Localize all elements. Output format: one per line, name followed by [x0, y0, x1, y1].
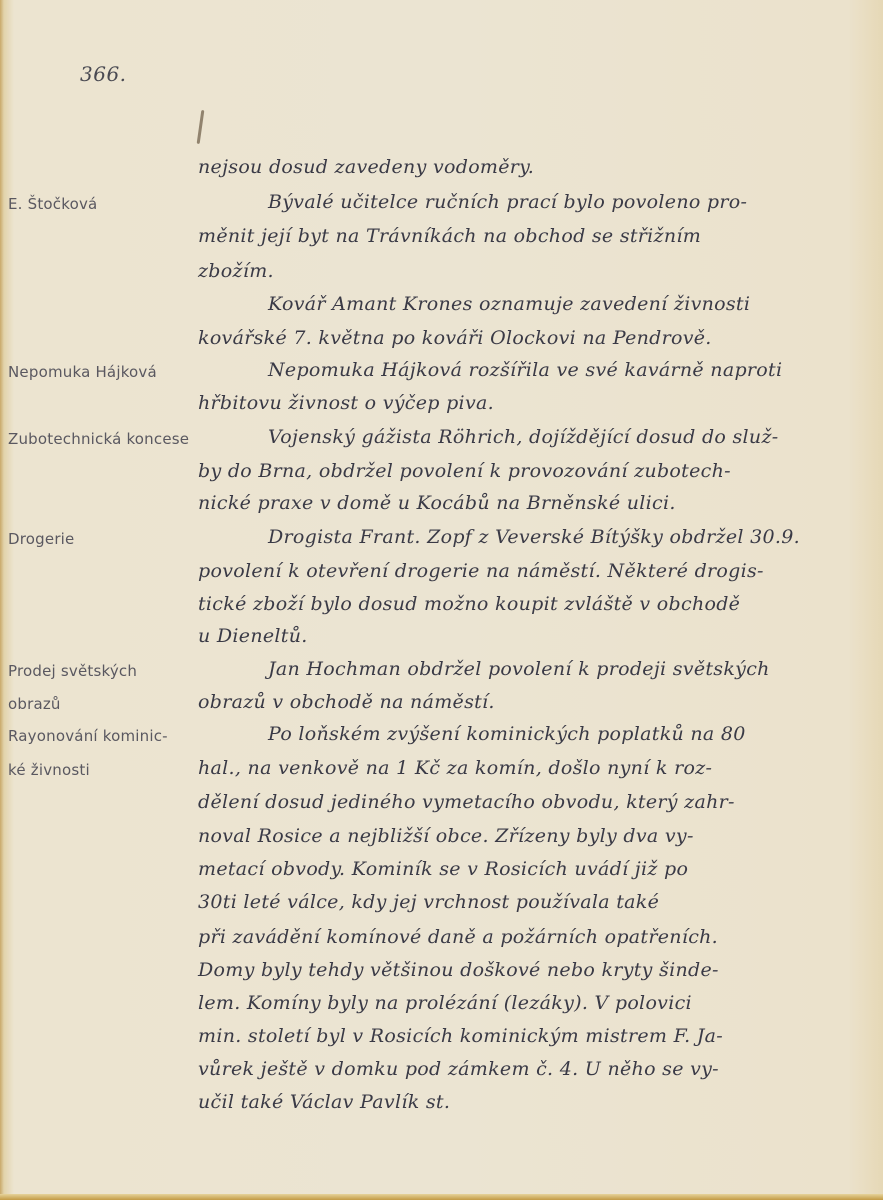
body-text: noval Rosice a nejbližší obce. Zřízeny b…	[198, 825, 694, 847]
body-text: min. století byl v Rosicích kominickým m…	[198, 1025, 723, 1047]
margin-note: Zubotechnická koncese	[8, 430, 189, 448]
body-text: 30ti leté válce, kdy jej vrchnost použív…	[198, 891, 659, 913]
handwritten-chronicle-page: 366. nejsou dosud zavedeny vodoměry.E. Š…	[0, 0, 883, 1200]
text-line: měnit její byt na Trávníkách na obchod s…	[0, 229, 883, 269]
body-text: nejsou dosud zavedeny vodoměry.	[198, 156, 534, 178]
body-text: Kovář Amant Krones oznamuje zavedení živ…	[268, 293, 750, 315]
body-text: hřbitovu živnost o výčep piva.	[198, 392, 494, 414]
margin-note: E. Štočková	[8, 195, 97, 213]
body-text: kovářské 7. května po kováři Olockovi na…	[198, 327, 712, 349]
body-text: lem. Komíny byly na prolézání (lezáky). …	[198, 992, 692, 1014]
margin-note: Prodej světských	[8, 662, 137, 680]
body-text: Nepomuka Hájková rozšířila ve své kavárn…	[268, 359, 782, 381]
margin-note: Rayonování kominic-	[8, 727, 168, 745]
body-text: učil také Václav Pavlík st.	[198, 1091, 450, 1113]
body-text: obrazů v obchodě na náměstí.	[198, 691, 495, 713]
body-text: metací obvody. Kominík se v Rosicích uvá…	[198, 858, 688, 880]
margin-note: obrazů	[8, 695, 61, 713]
body-text: nické praxe v domě u Kocábů na Brněnské …	[198, 492, 676, 514]
body-text: hal., na venkově na 1 Kč za komín, došlo…	[198, 757, 712, 779]
body-text: Po loňském zvýšení kominických poplatků …	[268, 723, 746, 745]
body-text: měnit její byt na Trávníkách na obchod s…	[198, 225, 701, 247]
body-text: při zavádění komínové daně a požárních o…	[198, 926, 718, 948]
margin-note: Nepomuka Hájková	[8, 363, 157, 381]
pencil-mark	[197, 110, 205, 144]
body-text: dělení dosud jediného vymetacího obvodu,…	[198, 791, 735, 813]
body-text: tické zboží bylo dosud možno koupit zvlá…	[198, 593, 740, 615]
body-text: u Dieneltů.	[198, 625, 308, 647]
margin-note: Drogerie	[8, 530, 74, 548]
body-text: Vojenský gážista Röhrich, dojíždějící do…	[268, 426, 779, 448]
text-line: učil také Václav Pavlík st.	[0, 1095, 883, 1135]
body-text: zbožím.	[198, 260, 274, 282]
body-text: Drogista Frant. Zopf z Veverské Bítýšky …	[268, 526, 800, 548]
body-text: vůrek ještě v domku pod zámkem č. 4. U n…	[198, 1058, 719, 1080]
body-text: Jan Hochman obdržel povolení k prodeji s…	[268, 658, 770, 680]
body-text: by do Brna, obdržel povolení k provozová…	[198, 460, 731, 482]
body-text: povolení k otevření drogerie na náměstí.…	[198, 560, 764, 582]
body-text: Domy byly tehdy většinou doškové nebo kr…	[198, 959, 719, 981]
margin-note: ké živnosti	[8, 761, 90, 779]
body-text: Bývalé učitelce ručních prací bylo povol…	[268, 191, 747, 213]
page-number: 366.	[80, 62, 127, 86]
